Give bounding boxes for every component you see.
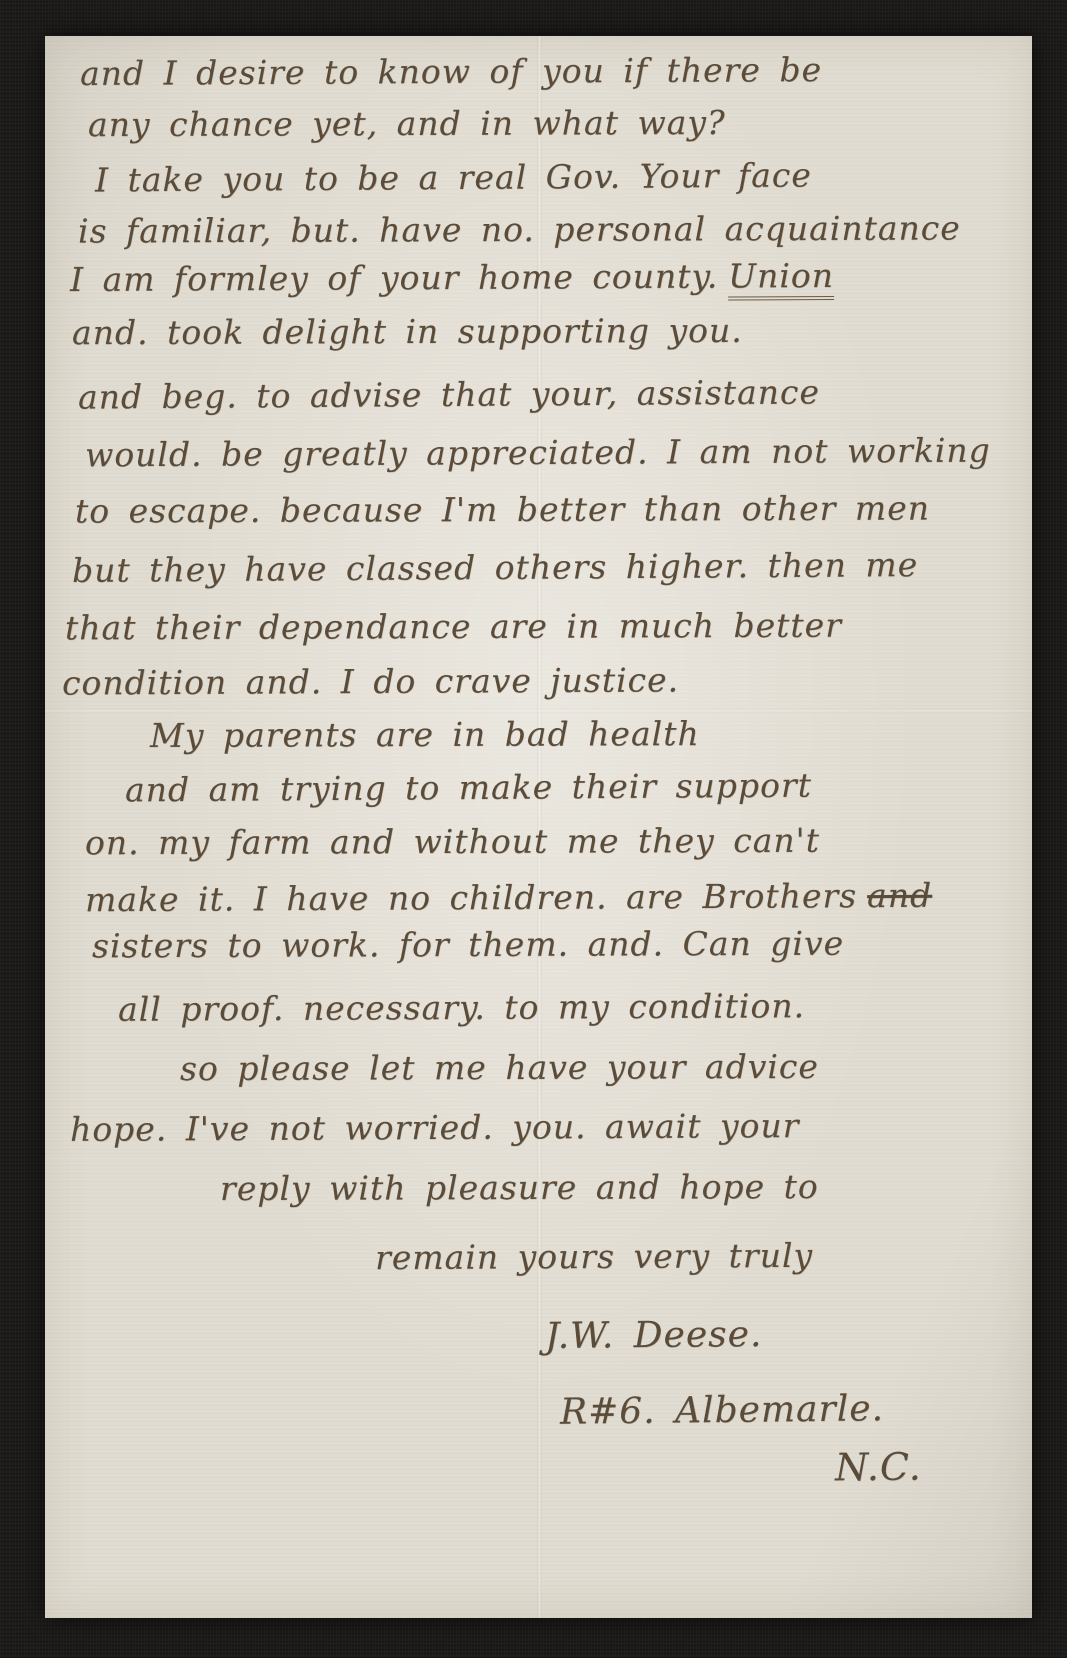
letter-line: is familiar, but. have no. personal acqu…: [78, 208, 961, 250]
line-text: I am formley of your home county.: [70, 257, 718, 299]
letter-line: that their dependance are in much better: [65, 606, 842, 648]
letter-line: but they have classed others higher. the…: [72, 545, 918, 590]
letter-line: remain yours very truly: [375, 1236, 813, 1277]
letter-line: all proof. necessary. to my condition.: [118, 986, 805, 1029]
letter-line: and am trying to make their support: [125, 766, 812, 810]
letter-line: and beg. to advise that your, assistance: [78, 372, 820, 416]
letter-line: condition and. I do crave justice.: [62, 660, 679, 702]
letter-line: make it. I have no children. are Brother…: [85, 876, 932, 919]
letter-line: to escape. because I'm better than other…: [75, 489, 930, 531]
signature-name: J.W. Deese.: [545, 1314, 763, 1357]
letter-line: sisters to work. for them. and. Can give: [92, 924, 844, 966]
horizontal-fold-crease-upper: [45, 708, 1032, 713]
letter-line: would. be greatly appreciated. I am not …: [85, 431, 991, 475]
letter-line: on. my farm and without me they can't: [85, 821, 820, 863]
signature-address: R#6. Albemarle.: [560, 1388, 884, 1432]
signature-state: N.C.: [835, 1445, 922, 1490]
letter-line: I am formley of your home county.Union: [70, 256, 834, 299]
letter-line: and I desire to know of you if there be: [80, 50, 822, 93]
scan-background: { "page": { "background_color": "#1d1c1a…: [0, 0, 1067, 1658]
letter-line: and. took delight in supporting you.: [72, 311, 743, 352]
underlined-word: Union: [728, 256, 834, 301]
letter-line: I take you to be a real Gov. Your face: [95, 155, 812, 199]
letter-line: hope. I've not worried. you. await your: [70, 1106, 800, 1149]
line-text: make it. I have no children. are Brother…: [85, 876, 857, 919]
struck-word: and: [867, 876, 932, 915]
letter-line: My parents are in bad health: [150, 714, 700, 755]
horizontal-fold-crease-lower: [45, 1156, 1032, 1160]
letter-line: any chance yet, and in what way?: [88, 103, 726, 144]
letter-page: and I desire to know of you if there be …: [45, 36, 1032, 1618]
letter-line: reply with pleasure and hope to: [220, 1167, 819, 1208]
letter-line: so please let me have your advice: [180, 1047, 819, 1088]
